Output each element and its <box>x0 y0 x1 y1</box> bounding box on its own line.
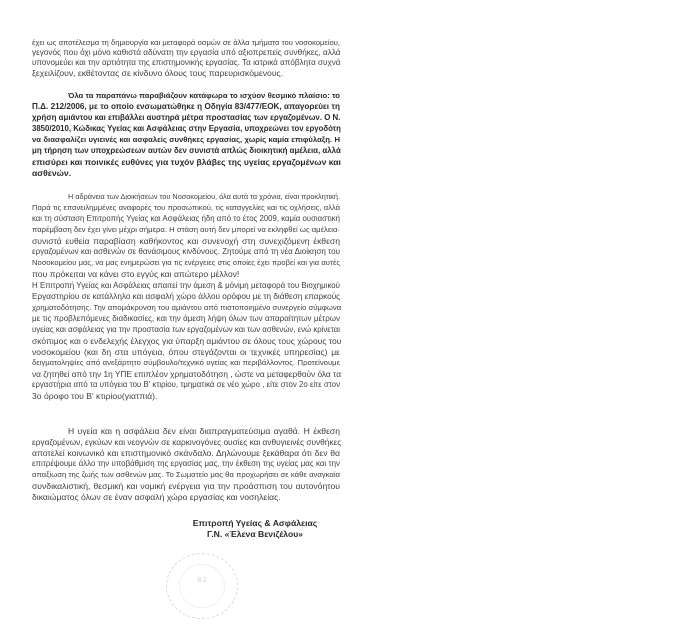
text-line: ασθενών. <box>32 168 340 178</box>
text-line: υπονομεύει και την αρτιότητα της επιστημ… <box>32 58 340 68</box>
text-line: νοσοκομείου (και δη στα υπόγεια, όπου στ… <box>32 347 340 357</box>
text-line: να διασφαλίζει υγιεινές και ασφαλείς συν… <box>32 135 340 145</box>
text-line: έχει ως αποτέλεσμα τη δημιουργία και μετ… <box>32 38 340 48</box>
text-line: χρηματοδότησης. Την απομάκρυνση του αμιά… <box>32 303 340 313</box>
text-line: Όλα τα παραπάνω παραβιάζουν κατάφωρα το … <box>32 91 340 101</box>
signature-hospital: Γ.Ν. «Έλενα Βενιζέλου» <box>150 529 360 539</box>
text-line: δικαιώματος όλων σε έναν ασφαλή χώρο εργ… <box>32 492 340 502</box>
text-line: 3ο όροφο του Β' κτιρίου(γιατπιά). <box>32 391 340 401</box>
text-line: συνδικαλιστική, θεσμική και νομική ενέργ… <box>32 481 340 491</box>
text-line: Παρά τις επανειλημμένες αναφορές του προ… <box>32 203 340 213</box>
text-line: παρέμβαση δεν έχει γίνει μέχρι σήμερα. Η… <box>32 225 340 235</box>
text-line: Εργαστηρίου σε κατάλληλο και ασφαλή χώρο… <box>32 292 340 302</box>
seal-text: Β.Ζ <box>167 578 237 584</box>
text-line: Η υγεία και η ασφάλεια δεν είναι διαπραγ… <box>32 426 340 436</box>
text-line: απαξίωση της ζωής των ασθενών μας. Το Σω… <box>32 470 340 480</box>
text-line: 3850/2010, Κώδικας Υγείας και Ασφάλειας … <box>32 124 340 134</box>
text-line: σκόπιμος και ο ενδελεχής έλεγχος για ύπα… <box>32 336 340 346</box>
text-line: εργαζομένων και ασθενών σε θανάσιμους κι… <box>32 247 340 257</box>
seal-inner-ring <box>179 564 225 608</box>
text-line: Η αδράνεια των Διοικήσεων του Νοσοκομείο… <box>32 192 340 202</box>
text-line: υγείας και ασφάλειας για την προστασία τ… <box>32 325 340 335</box>
text-line: Η Επιτροπή Υγείας και Ασφάλειας απαιτεί … <box>32 281 340 291</box>
official-seal-icon: Β.Ζ <box>166 553 238 619</box>
text-line: μη τήρηση των υποχρεώσεων αυτών δεν συνι… <box>32 146 340 156</box>
signature-committee: Επιτροπή Υγείας & Ασφάλειας <box>150 518 360 528</box>
text-line: εργαστήρια από τα υπόγεια του Β' κτιρίου… <box>32 380 340 390</box>
text-line: και τη σύσταση Επιτροπής Υγείας και Ασφά… <box>32 214 340 224</box>
text-line: με τις προβλεπόμενες διαδικασίες, και τη… <box>32 314 340 324</box>
text-line: εργαζομένων, εγκύων και νεογνών σε καρκι… <box>32 437 340 447</box>
text-line: δειγματοληψίες από ανεξάρτητο σύμβουλο/τ… <box>32 358 340 368</box>
text-line: ξεχειλίζουν, εκθέτοντας σε κίνδυνο όλους… <box>32 68 340 78</box>
text-line: γεγονός που όχι μόνο καθιστά αδύνατη την… <box>32 48 340 58</box>
text-line: αποτελεί κοινωνικό και επιστημονικό σκάν… <box>32 448 340 458</box>
document-page: έχει ως αποτέλεσμα τη δημιουργία και μετ… <box>0 0 692 628</box>
text-line: να ζητηθεί από την 1η ΥΠΕ επιπλέον χρημα… <box>32 369 340 379</box>
text-line: συνιστά ευθεία παραβίαση καθήκοντος και … <box>32 236 340 246</box>
text-line: Π.Δ. 212/2006, με το οποίο ενσωματώθηκε … <box>32 102 340 112</box>
text-line: χρήση αμιάντου και επιβάλλει αυστηρά μέτ… <box>32 113 340 123</box>
text-line: που πρόκειται να κάνει στο εγγύς και απώ… <box>32 269 340 279</box>
text-line: επιτρέψουμε άλλο την υποβάθμιση της εργα… <box>32 459 340 469</box>
text-line: επισύρει και ποινικές ευθύνες για τυχόν … <box>32 157 340 167</box>
text-line: Νοσοκομείου μας, να μας ενημερώσει για τ… <box>32 258 340 268</box>
